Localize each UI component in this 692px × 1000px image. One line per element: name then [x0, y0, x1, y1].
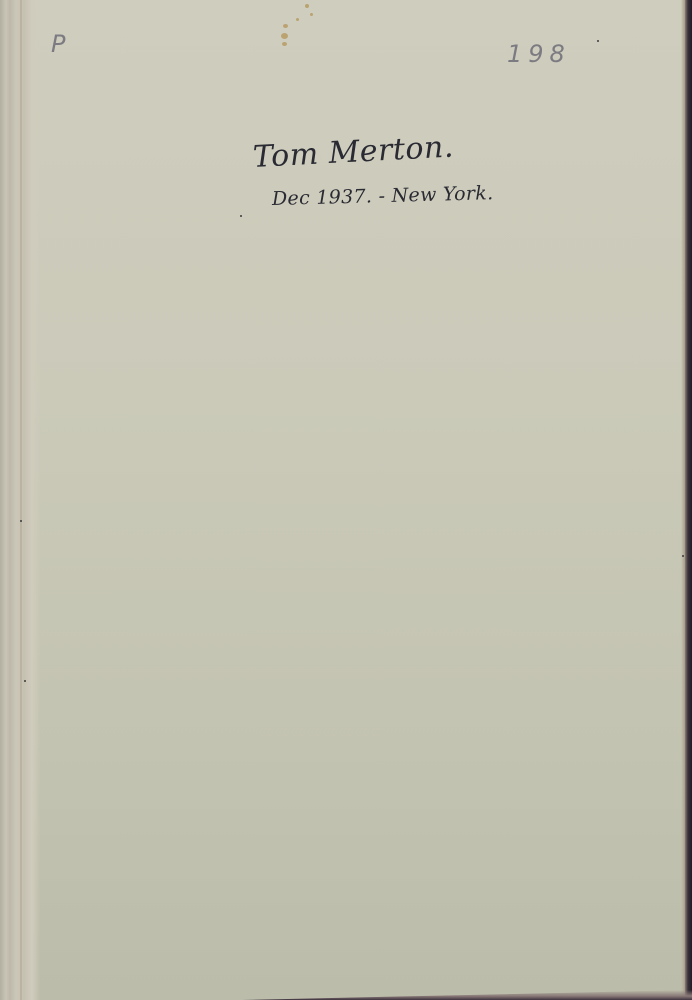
pencil-corner-mark: P: [51, 30, 65, 58]
paper-speck: [20, 520, 22, 522]
foxing-stain: [296, 18, 299, 21]
book-page: P 198 Tom Merton. Dec 1937. - New York.: [0, 0, 692, 1000]
paper-speck: [240, 215, 242, 217]
paper-speck: [24, 680, 26, 682]
inscription-name: Tom Merton.: [252, 130, 455, 175]
paper-speck: [597, 40, 599, 42]
book-cover-edge: [685, 0, 692, 1000]
inscription-date-place: Dec 1937. - New York.: [272, 182, 494, 210]
foxing-stain: [310, 13, 313, 16]
pencil-page-number: 198: [507, 40, 571, 68]
foxing-stain: [305, 4, 309, 8]
foxing-stain: [281, 33, 288, 39]
gutter-fold-line: [20, 0, 22, 1000]
foxing-stain: [283, 24, 288, 28]
page-bottom-curl: [0, 990, 692, 1000]
foxing-stain: [282, 42, 287, 46]
paper-speck: [682, 555, 684, 557]
